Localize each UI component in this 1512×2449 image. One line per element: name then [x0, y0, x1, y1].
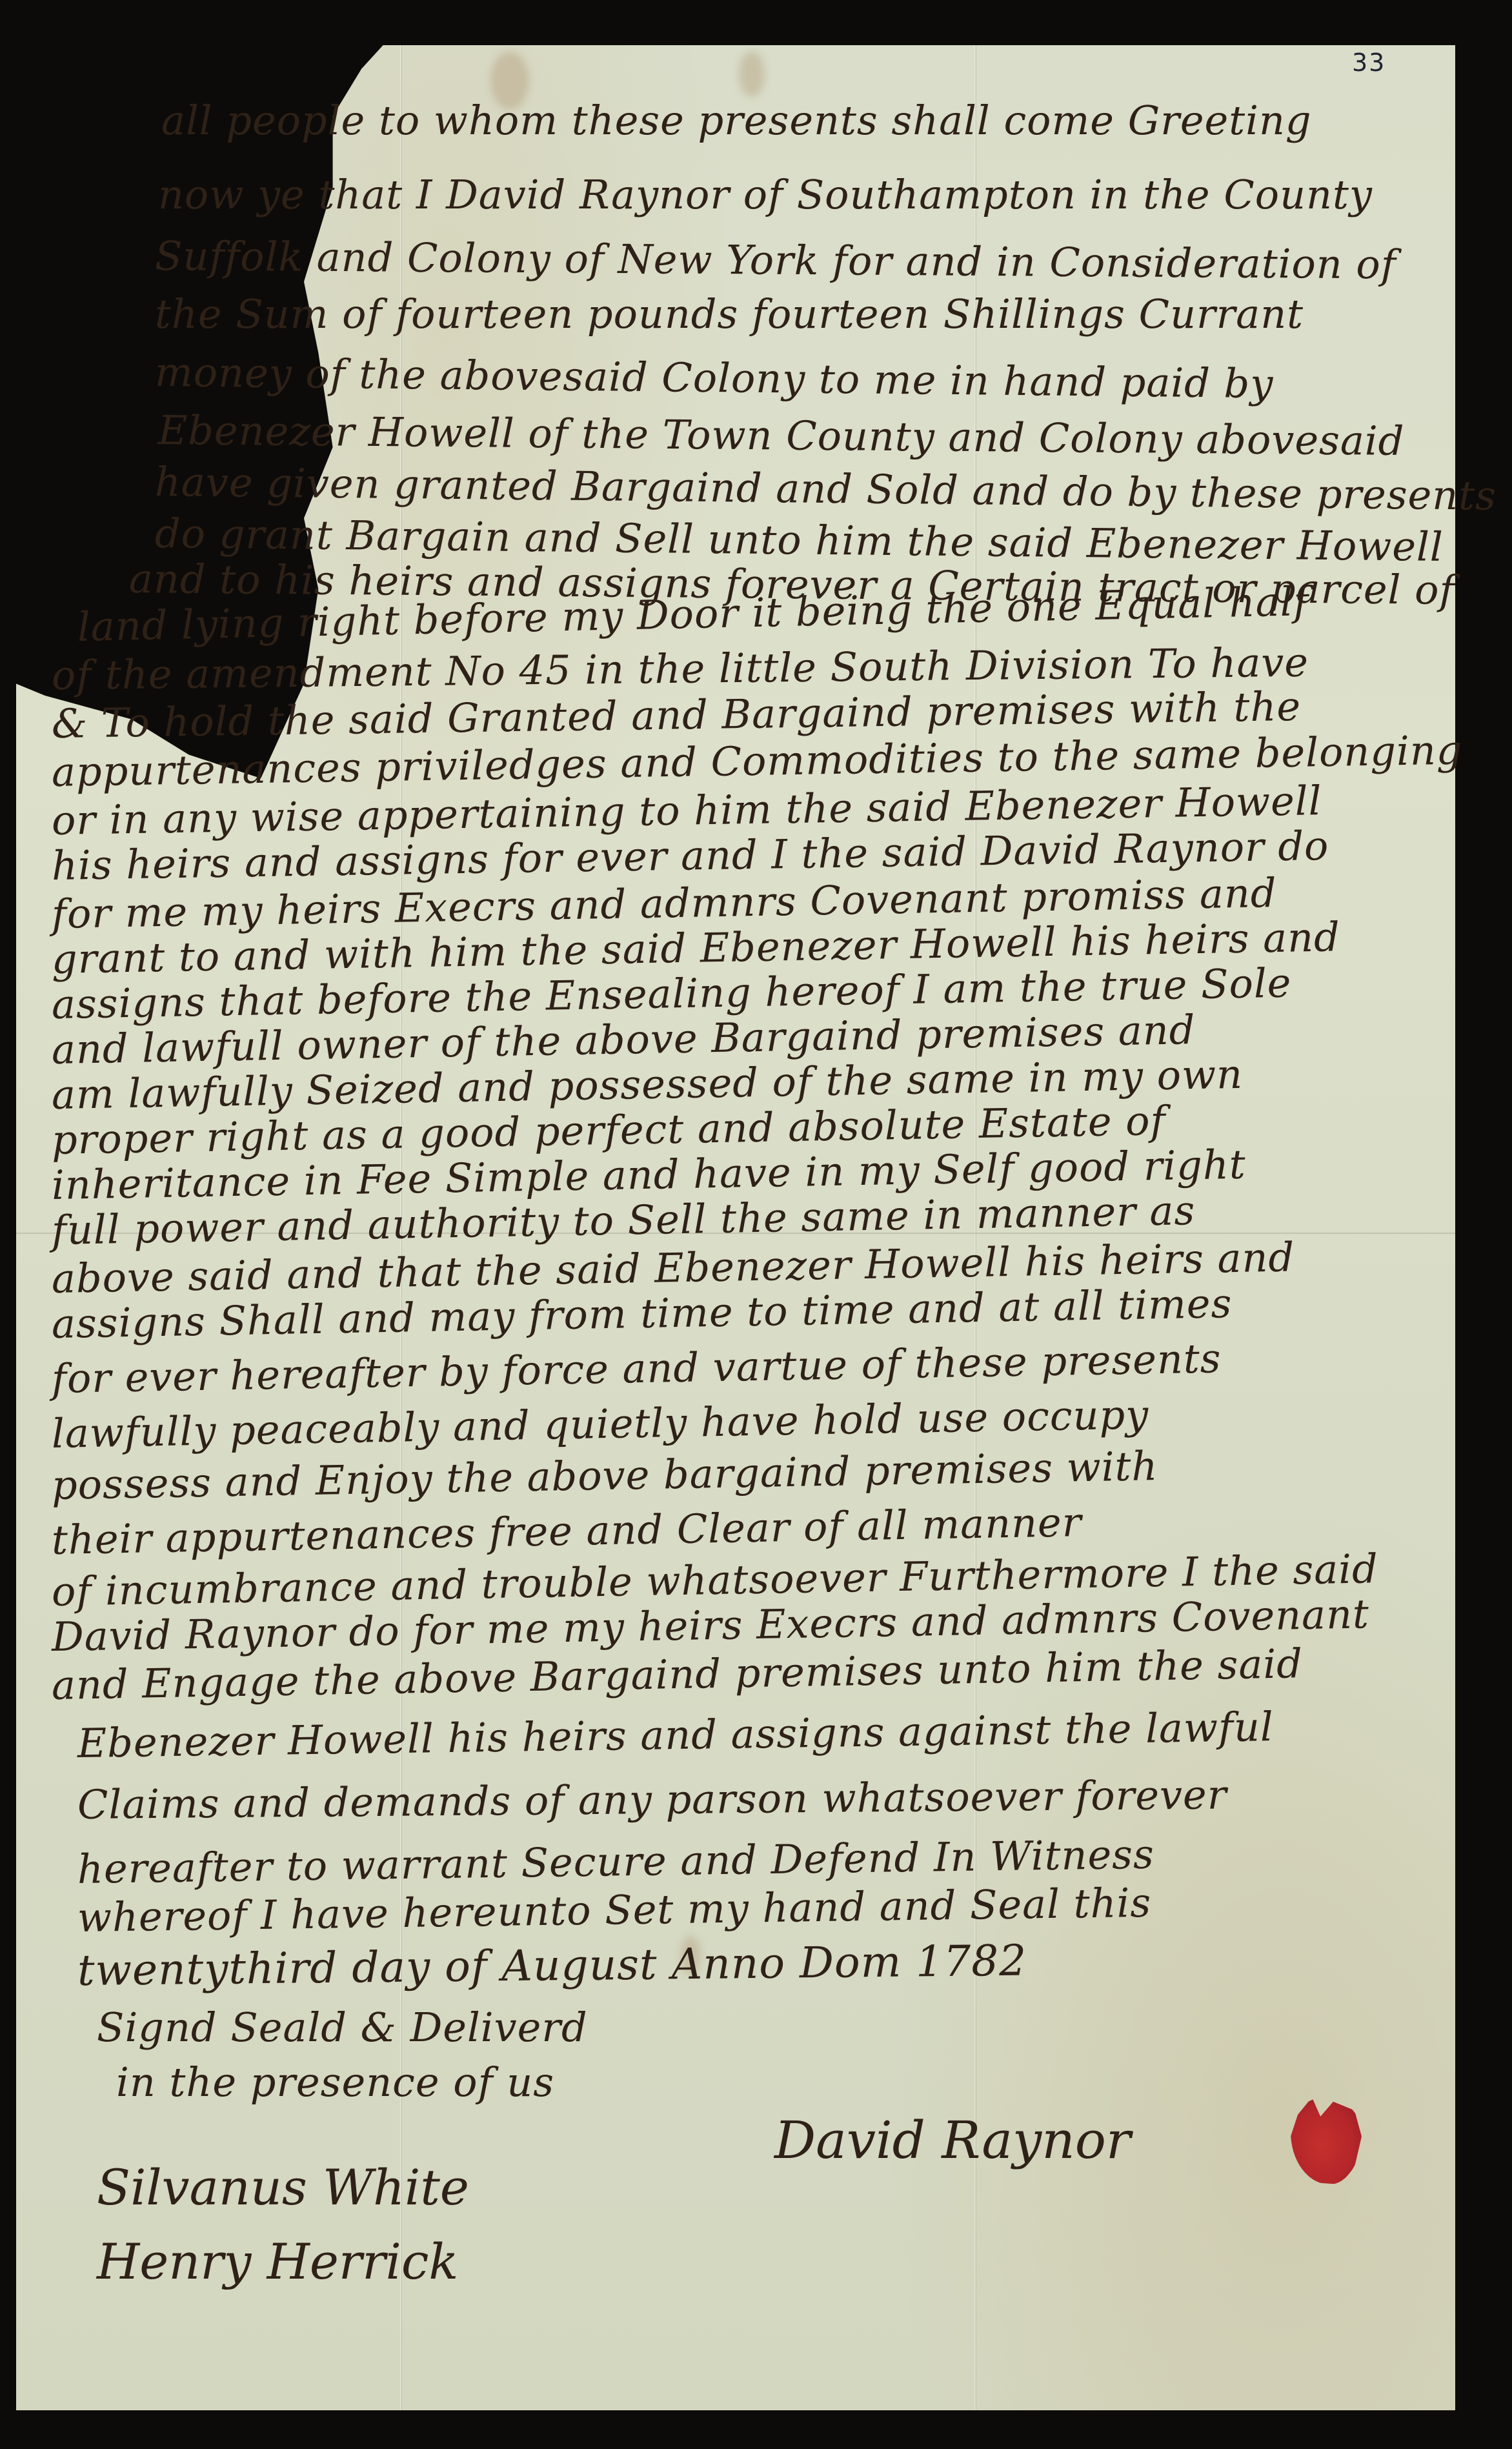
text-line: twentythird day of August Anno Dom 1782 — [77, 1936, 1027, 1995]
grantor-signature: David Raynor — [774, 2110, 1131, 2170]
witness-signature: Henry Herrick — [97, 2233, 458, 2290]
page-number: 33 — [1352, 48, 1386, 77]
text-line: all people to whom these presents shall … — [161, 97, 1312, 144]
text-line: Suffolk and Colony of New York for and i… — [155, 232, 1396, 288]
text-line: Signd Seald & Deliverd — [97, 2004, 588, 2051]
text-line: now ye that I David Raynor of Southampto… — [158, 171, 1373, 218]
witness-signature: Silvanus White — [97, 2159, 469, 2216]
text-line: the Sum of fourteen pounds fourteen Shil… — [155, 290, 1304, 338]
stain — [739, 52, 765, 97]
text-line: Claims and demands of any parson whatsoe… — [77, 1771, 1227, 1828]
text-line: in the presence of us — [116, 2059, 554, 2106]
